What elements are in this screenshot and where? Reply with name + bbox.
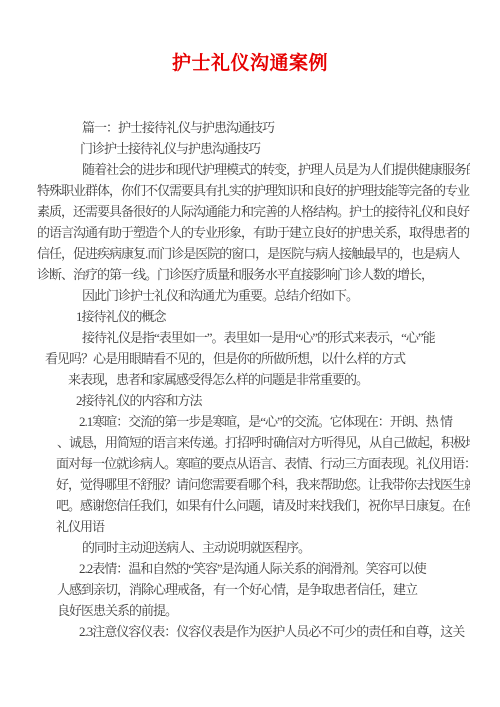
text-line: 2接待礼仪的内容和方法 — [37, 390, 470, 411]
text-line: 、诚恳，用简短的语言来传递。打招呼时确信对方听得见，从自己做起，积极地 — [37, 432, 470, 453]
text-line: 礼仪用语 — [37, 516, 470, 537]
text-line: 人感到亲切，消除心理戒备，有一个好心情，是争取患者信任，建立 — [37, 579, 470, 600]
text-line: 1接待礼仪的概念 — [37, 306, 470, 327]
text-line: 接待礼仪是指“表里如一”。表里如一是用“心”的形式来表示，“心”能 — [37, 327, 470, 348]
text-line: 看见吗？心是用眼睛看不见的，但是你的所做所想，以什么样的方式 — [37, 348, 470, 369]
text-line: 吧。感谢您信任我们，如果有什么问题，请及时来找我们，祝你早日康复。在使用 — [37, 495, 470, 516]
text-line: 因此门诊护士礼仪和沟通尤为重要。总结介绍如下。 — [37, 285, 470, 306]
text-line: 2.2表情：温和自然的“笑容”是沟通人际关系的润滑剂。笑容可以使 — [37, 558, 470, 579]
text-line: 门诊护士接待礼仪与护患沟通技巧 — [37, 138, 470, 159]
text-line: 良好医患关系的前提。 — [37, 600, 470, 621]
text-line: 诊断、治疗的第一线。门诊医疗质量和服务水平直接影响门诊人数的增长， — [37, 264, 470, 285]
text-line: 2.1寒暄：交流的第一步是寒暄，是“心”的交流。它体现在：开朗、热 情 — [37, 411, 470, 432]
text-line: 2.3注意仪容仪表：仪容仪表是作为医护人员必不可少的责任和自尊，这关 — [37, 621, 470, 642]
text-line: 的语言沟通有助于塑造个人的专业形象，有助于建立良好的护患关系，取得患者的 — [37, 222, 470, 243]
text-line: 篇一：护士接待礼仪与护患沟通技巧 — [37, 117, 470, 138]
text-line: 面对每一位就诊病人。寒暄的要点从语言、表情、行动三方面表现。礼仪用语：您 — [37, 453, 470, 474]
text-line: 随着社会的进步和现代护理模式的转变，护理人员是为人们提供健康服务的 — [37, 159, 470, 180]
document-body: 篇一：护士接待礼仪与护患沟通技巧门诊护士接待礼仪与护患沟通技巧随着社会的进步和现… — [0, 117, 500, 642]
page-title: 护士礼仪沟通案例 — [0, 51, 500, 77]
text-line: 来表现，患者和家属感受得怎么样的问题是非常重要的。 — [37, 369, 470, 390]
text-line: 的同时主动迎送病人、主动说明就医程序。 — [37, 537, 470, 558]
text-line: 信任，促进疾病康复.而门诊是医院的窗口，是医院与病人接触最早的，也是病人 — [37, 243, 470, 264]
text-line: 好，觉得哪里不舒服？请问您需要看哪个科，我来帮助您。让我带你去找医生就诊 — [37, 474, 470, 495]
text-line: 特殊职业群体，你们不仅需要具有扎实的护理知识和良好的护理技能等完备的专业 — [37, 180, 470, 201]
text-line: 素质，还需要具备很好的人际沟通能力和完善的人格结构。护士的接待礼仪和良好 — [37, 201, 470, 222]
document-page: 护士礼仪沟通案例 篇一：护士接待礼仪与护患沟通技巧门诊护士接待礼仪与护患沟通技巧… — [0, 0, 500, 707]
